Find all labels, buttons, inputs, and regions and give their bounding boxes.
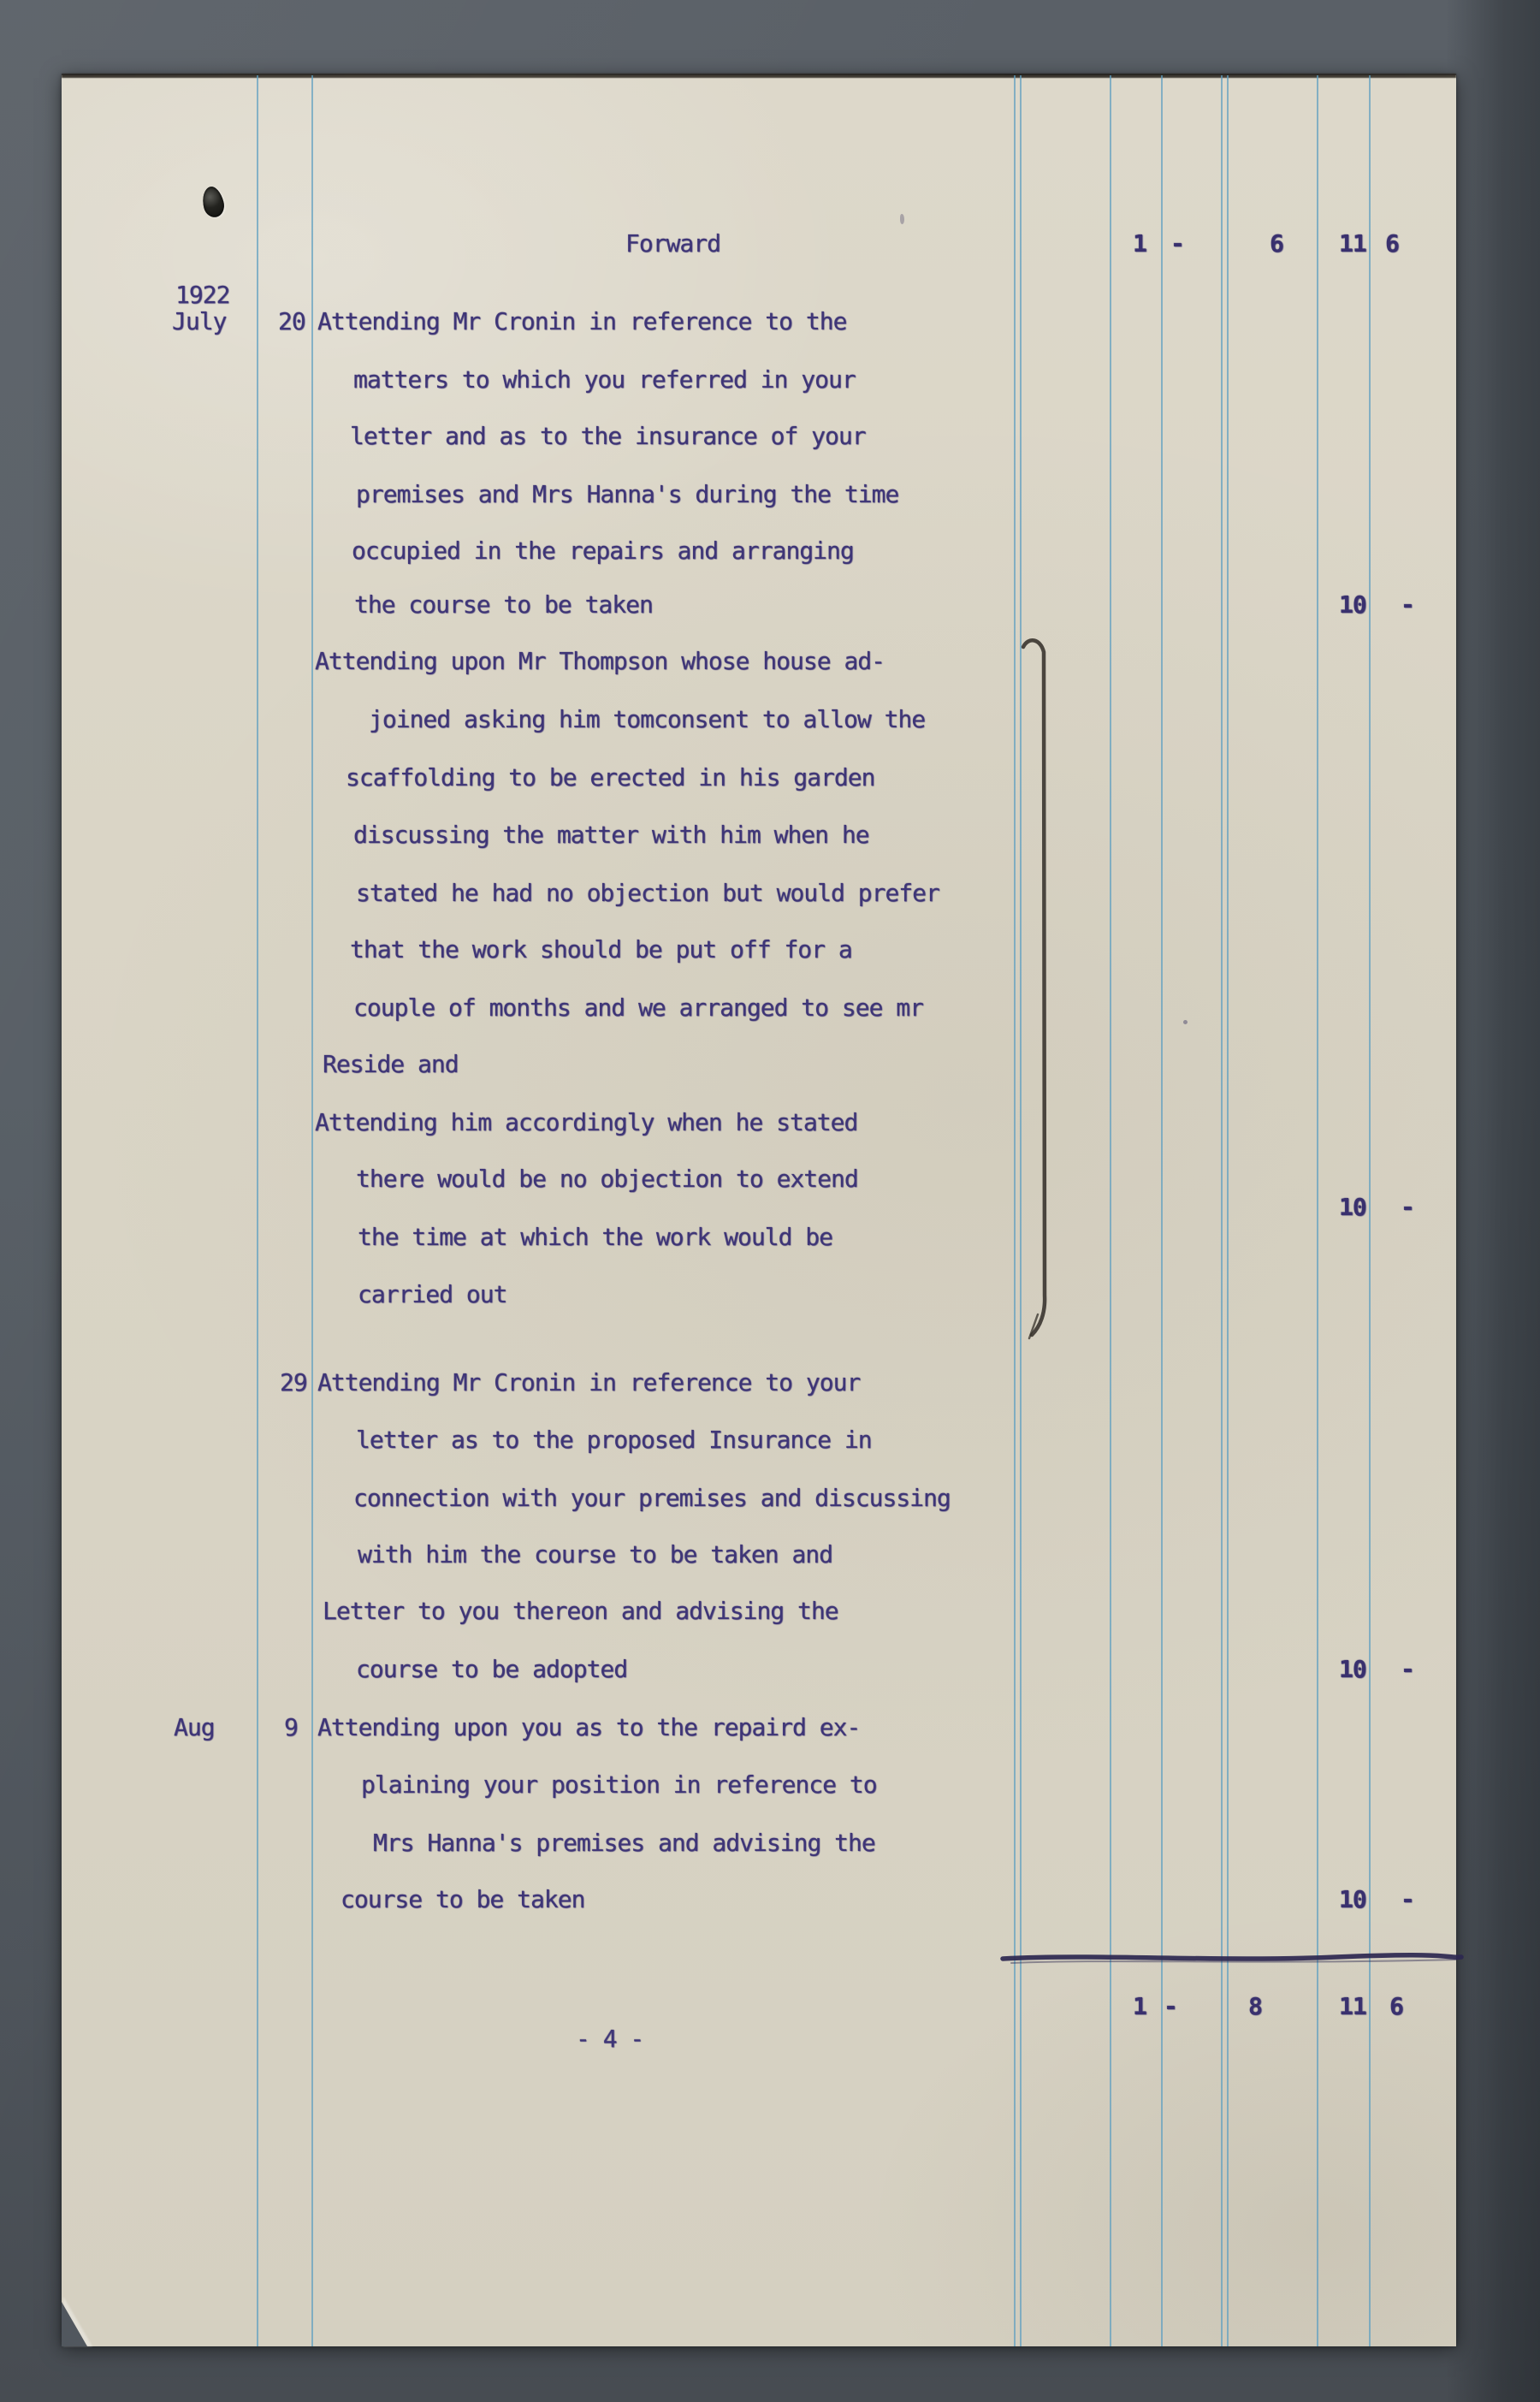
amount-pence: - (1401, 1885, 1414, 1914)
punch-hole (199, 185, 227, 220)
entry-line: course to be taken (341, 1885, 584, 1914)
forward-left-pound: 1 (1133, 229, 1146, 258)
forward-pound: 6 (1270, 229, 1283, 258)
entry-line: Attending upon Mr Thompson whose house a… (315, 647, 885, 676)
corner-fold (62, 2302, 87, 2346)
entry-line: Letter to you thereon and advising the (323, 1597, 838, 1626)
column-rule-money-3 (1317, 75, 1318, 2346)
entry-line: matters to which you referred in your (353, 365, 856, 394)
entry-line: letter as to the proposed Insurance in (356, 1426, 872, 1455)
amount-pence: - (1401, 1655, 1414, 1684)
entry-date: July (172, 307, 226, 336)
total-left-pound: 1 (1133, 1992, 1146, 2021)
entry-line: discussing the matter with him when he (353, 821, 869, 850)
total-rule-pen-line (994, 1948, 1473, 1973)
paper-top-edge (62, 74, 1456, 78)
scanned-ledger-page: Forward 1 - 6 11 6 1922 July 20 Attendin… (0, 0, 1540, 2402)
entry-line: Mrs Hanna's premises and advising the (373, 1829, 875, 1858)
amount-shillings: 10 (1339, 590, 1366, 620)
entry-line: stated he had no objection but would pre… (356, 879, 939, 908)
forward-left-shilling: - (1170, 229, 1184, 258)
entry-day: 20 (278, 307, 305, 336)
amount-pence: - (1401, 1193, 1414, 1222)
total-left-shilling: - (1164, 1992, 1177, 2021)
entry-line: letter and as to the insurance of your (350, 422, 866, 451)
amount-shillings: 10 (1339, 1193, 1366, 1222)
column-rule-money-1 (1110, 75, 1111, 2346)
amount-pence: - (1401, 590, 1414, 620)
column-rule-money-4 (1369, 75, 1371, 2346)
ink-speck (1183, 1020, 1188, 1024)
entry-line: Attending Mr Cronin in reference to your (317, 1368, 860, 1397)
total-pence: 6 (1389, 1992, 1403, 2021)
ink-speck (900, 214, 904, 224)
entry-line: connection with your premises and discus… (353, 1484, 951, 1513)
entry-line: carried out (358, 1280, 506, 1309)
page-number: - 4 - (576, 2025, 643, 2054)
entry-line: plaining your position in reference to (361, 1770, 877, 1800)
entry-line: Reside and (323, 1050, 459, 1079)
column-rule-money-2 (1161, 75, 1163, 2346)
entry-day: 29 (280, 1368, 307, 1397)
amount-shillings: 10 (1339, 1655, 1366, 1684)
entry-line: scaffolding to be erected in his garden (346, 763, 874, 792)
entry-line: premises and Mrs Hanna's during the time (356, 480, 898, 509)
entry-line: the time at which the work would be (358, 1223, 832, 1252)
entry-line: couple of months and we arranged to see … (353, 993, 923, 1023)
forward-shilling: 11 (1339, 229, 1366, 258)
entry-line: Attending upon you as to the repaird ex- (317, 1713, 860, 1742)
entry-line: course to be adopted (356, 1655, 627, 1684)
entry-line: Attending Mr Cronin in reference to the (317, 307, 846, 336)
column-rule-money-double-a (1221, 75, 1223, 2346)
column-rule-date (257, 75, 258, 2346)
total-shilling: 11 (1339, 1992, 1366, 2021)
entry-line: with him the course to be taken and (358, 1540, 832, 1569)
column-rule-day (311, 75, 313, 2346)
ledger-paper: Forward 1 - 6 11 6 1922 July 20 Attendin… (62, 75, 1456, 2346)
entry-line: the course to be taken (354, 590, 653, 620)
entry-line: joined asking him tomconsent to allow th… (369, 705, 925, 734)
amount-shillings: 10 (1339, 1885, 1366, 1914)
scan-background-shadow (1446, 0, 1540, 2402)
column-rule-money-double-b (1227, 75, 1229, 2346)
year-label: 1922 (175, 281, 229, 310)
entry-date: Aug (174, 1713, 215, 1742)
entry-line: there would be no objection to extend (356, 1165, 858, 1194)
entry-line: occupied in the repairs and arranging (352, 537, 854, 566)
total-pound: 8 (1248, 1992, 1262, 2021)
entry-line: Attending him accordingly when he stated (315, 1108, 857, 1137)
entry-line: that the work should be put off for a (350, 935, 852, 964)
forward-pence: 6 (1385, 229, 1399, 258)
entry-day: 9 (284, 1713, 298, 1742)
pen-bracket-mark (1011, 632, 1080, 1350)
forward-label: Forward (625, 229, 720, 258)
